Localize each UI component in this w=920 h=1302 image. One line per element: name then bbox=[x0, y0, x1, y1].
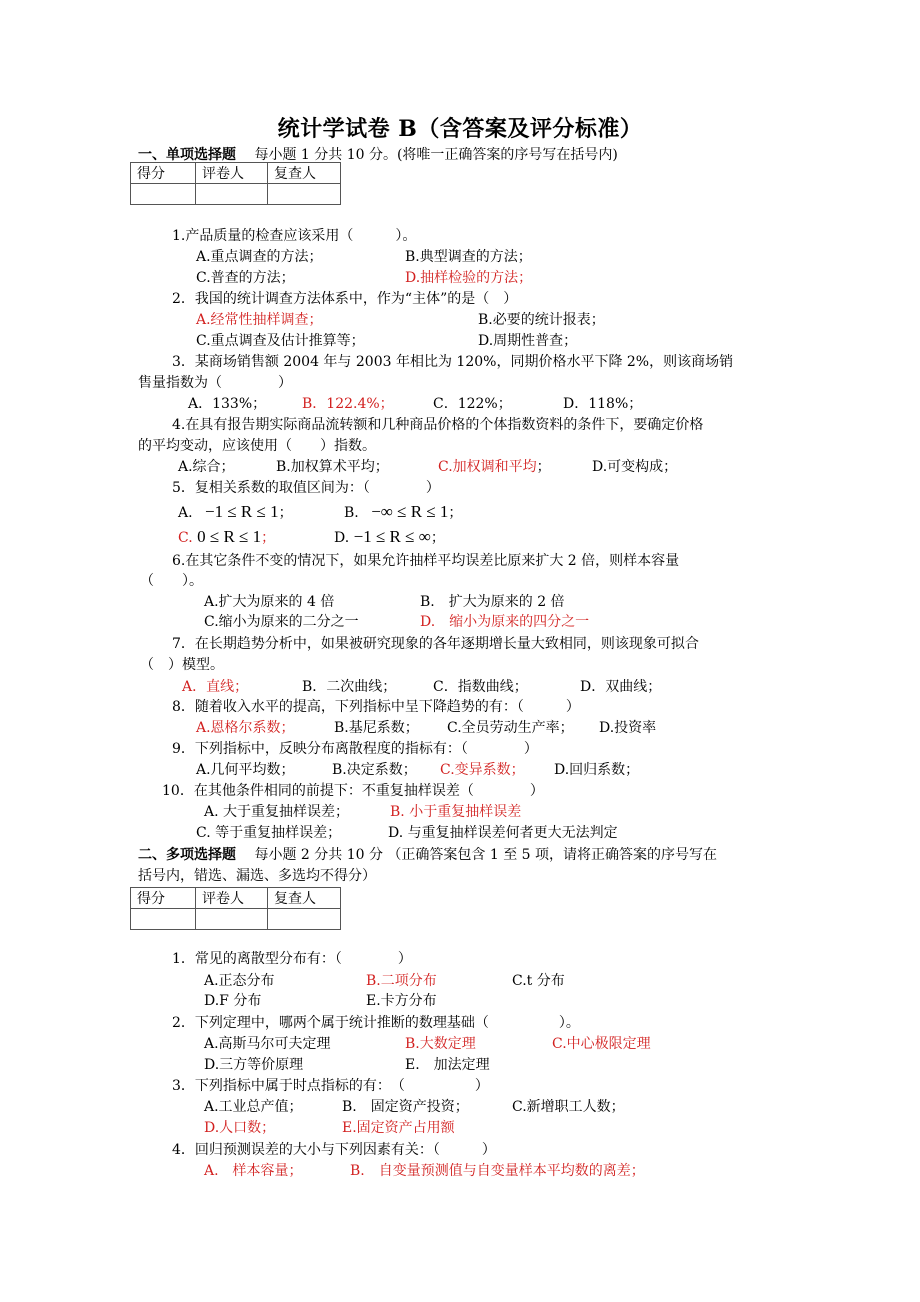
s1-q2-option-d: D.周期性普查； bbox=[478, 332, 577, 350]
s1-q4-option-d: D.可变构成； bbox=[592, 458, 677, 476]
s1-q8-stem: 8．随着收入水平的提高，下列指标中呈下降趋势的有：（ ） bbox=[172, 698, 580, 716]
s1-q1-option-a: A.重点调查的方法； bbox=[196, 248, 323, 266]
s1-q9-stem: 9．下列指标中，反映分布离散程度的指标有：（ ） bbox=[172, 740, 538, 758]
section1-instructions: 每小题 1 分共 10 分。(将唯一正确答案的序号写在括号内) bbox=[254, 147, 617, 163]
s1-q8-option-a-answer: A.恩格尔系数； bbox=[196, 719, 295, 737]
s1-q6-option-c: C.缩小为原来的二分之一 bbox=[204, 613, 359, 631]
reviewer-cell[interactable] bbox=[268, 909, 341, 930]
score-header: 得分 bbox=[131, 888, 196, 909]
s1-q10-stem: 10．在其他条件相同的前提下：不重复抽样误差（ ） bbox=[162, 782, 544, 800]
s2-q2-option-d: D.三方等价原理 bbox=[204, 1056, 303, 1074]
s2-q2-option-e: E. 加法定理 bbox=[405, 1056, 490, 1074]
s2-q2-stem: 2．下列定理中，哪两个属于统计推断的数理基础（ ）。 bbox=[172, 1014, 580, 1032]
s1-q6-option-d-answer: D. 缩小为原来的四分之一 bbox=[420, 613, 589, 631]
s1-q7-option-b: B．二次曲线； bbox=[302, 678, 396, 696]
s1-q2-stem: 2．我国的统计调查方法体系中，作为“主体”的是（ ） bbox=[172, 290, 517, 308]
s1-q1-option-b: B.典型调查的方法； bbox=[405, 248, 532, 266]
reviewer-header: 复查人 bbox=[268, 163, 341, 184]
s1-q3-option-a: A．133%； bbox=[188, 395, 266, 413]
section2-instructions-cont: 括号内，错选、漏选、多选均不得分） bbox=[138, 867, 376, 885]
s1-q7-option-a-answer: A．直线； bbox=[182, 678, 248, 696]
s1-q2-option-c: C.重点调查及估计推算等； bbox=[196, 332, 365, 350]
s2-q1-option-c: C.t 分布 bbox=[512, 972, 565, 990]
section2-header: 二、多项选择题 每小题 2 分共 10 分 （正确答案包含 1 至 5 项，请将… bbox=[138, 846, 717, 864]
s1-q2-option-b: B.必要的统计报表； bbox=[478, 311, 605, 329]
grader-header: 评卷人 bbox=[196, 888, 268, 909]
s1-q5-stem: 5．复相关系数的取值区间为：（ ） bbox=[172, 479, 440, 497]
score-cell[interactable] bbox=[131, 909, 196, 930]
s1-q3-stem: 3．某商场销售额 2004 年与 2003 年相比为 120%，同期价格水平下降… bbox=[172, 353, 733, 371]
s2-q2-option-a: A.高斯马尔可夫定理 bbox=[204, 1035, 331, 1053]
s1-q6-stem: 6.在其它条件不变的情况下，如果允许抽样平均误差比原来扩大 2 倍，则样本容量 bbox=[172, 552, 679, 570]
s1-q6-option-a: A.扩大为原来的 4 倍 bbox=[204, 593, 334, 611]
grader-header: 评卷人 bbox=[196, 163, 268, 184]
s2-q4-option-a-answer: A. 样本容量； bbox=[204, 1162, 303, 1180]
s1-q1-option-c: C.普查的方法； bbox=[196, 269, 295, 287]
section1-heading: 一、单项选择题 bbox=[138, 147, 236, 163]
s1-q5-option-d: D. −1 ≤ R ≤ ∞； bbox=[334, 528, 445, 547]
reviewer-header: 复查人 bbox=[268, 888, 341, 909]
s1-q7-option-d: D．双曲线； bbox=[580, 678, 661, 696]
s1-q10-option-a: A. 大于重复抽样误差； bbox=[204, 803, 349, 821]
s1-q4-option-b: B.加权算术平均； bbox=[276, 458, 389, 476]
exam-page: 统计学试卷 B（含答案及评分标准） 一、单项选择题 每小题 1 分共 10 分。… bbox=[0, 0, 920, 1302]
s1-q7-stem: 7．在长期趋势分析中，如果被研究现象的各年逐期增长量大致相同，则该现象可拟合 bbox=[172, 635, 699, 653]
s2-q1-option-d: D.F 分布 bbox=[204, 992, 261, 1010]
s2-q3-option-b: B. 固定资产投资； bbox=[342, 1098, 469, 1116]
s2-q2-option-b-answer: B.大数定理 bbox=[405, 1035, 476, 1053]
s1-q3-option-c: C．122%； bbox=[433, 395, 512, 413]
s1-q8-option-d: D.投资率 bbox=[599, 719, 656, 737]
s2-q1-option-a: A.正态分布 bbox=[204, 972, 275, 990]
s2-q4-stem: 4．回归预测误差的大小与下列因素有关：（ ） bbox=[172, 1141, 496, 1159]
s2-q3-option-e-answer: E.固定资产占用额 bbox=[342, 1119, 455, 1137]
s1-q4-option-c-answer: C.加权调和平均； bbox=[438, 458, 551, 476]
s2-q2-option-c-answer: C.中心极限定理 bbox=[552, 1035, 651, 1053]
s2-q3-option-d-answer: D.人口数； bbox=[204, 1119, 275, 1137]
s2-q3-stem: 3．下列指标中属于时点指标的有： （ ） bbox=[172, 1077, 489, 1095]
document-title: 统计学试卷 B（含答案及评分标准） bbox=[0, 112, 920, 143]
s1-q3-option-d: D．118%； bbox=[563, 395, 642, 413]
s2-q4-option-b-answer: B. 自变量预测值与自变量样本平均数的离差； bbox=[350, 1162, 645, 1180]
s1-q2-option-a-answer: A.经常性抽样调查； bbox=[196, 311, 323, 329]
grader-cell[interactable] bbox=[196, 184, 268, 205]
reviewer-cell[interactable] bbox=[268, 184, 341, 205]
s1-q5-option-b: B. −∞ ≤ R ≤ 1； bbox=[344, 503, 462, 522]
s1-q7-stem-cont: （ ）模型。 bbox=[140, 656, 224, 674]
s1-q3-option-b-answer: B．122.4%； bbox=[302, 395, 394, 413]
s1-q1-option-d-answer: D.抽样检验的方法； bbox=[405, 269, 532, 287]
s1-q5-option-a: A. −1 ≤ R ≤ 1； bbox=[178, 503, 293, 522]
s1-q9-option-d: D.回归系数； bbox=[554, 761, 639, 779]
s1-q10-option-d: D. 与重复抽样误差何者更大无法判定 bbox=[388, 824, 618, 842]
s1-q10-option-b-answer: B. 小于重复抽样误差 bbox=[390, 803, 521, 821]
section2-score-table: 得分 评卷人 复查人 bbox=[130, 887, 341, 930]
s1-q9-option-a: A.几何平均数； bbox=[196, 761, 295, 779]
s2-q1-option-b-answer: B.二项分布 bbox=[366, 972, 437, 990]
s1-q8-option-c: C.全员劳动生产率； bbox=[447, 719, 574, 737]
s1-q7-option-c: C．指数曲线； bbox=[433, 678, 528, 696]
s2-q3-option-a: A.工业总产值； bbox=[204, 1098, 303, 1116]
s1-q6-option-b: B. 扩大为原来的 2 倍 bbox=[420, 593, 565, 611]
s1-q8-option-b: B.基尼系数； bbox=[334, 719, 419, 737]
s1-q10-option-c: C. 等于重复抽样误差； bbox=[196, 824, 341, 842]
section2-heading: 二、多项选择题 bbox=[138, 847, 236, 863]
s1-q6-stem-cont: （ ）。 bbox=[140, 572, 203, 590]
s2-q3-option-c: C.新增职工人数； bbox=[512, 1098, 625, 1116]
s2-q1-option-e: E.卡方分布 bbox=[366, 992, 437, 1010]
s1-q9-option-b: B.决定系数； bbox=[332, 761, 417, 779]
s1-q9-option-c-answer: C.变异系数； bbox=[440, 761, 525, 779]
grader-cell[interactable] bbox=[196, 909, 268, 930]
s1-q1-stem: 1.产品质量的检查应该采用（ ）。 bbox=[172, 227, 416, 245]
section1-score-table: 得分 评卷人 复查人 bbox=[130, 162, 341, 205]
score-header: 得分 bbox=[131, 163, 196, 184]
s1-q3-stem-cont: 售量指数为（ ） bbox=[138, 374, 292, 392]
s1-q5-option-c-answer: C. 0 ≤ R ≤ 1； bbox=[178, 528, 275, 547]
s1-q4-stem: 4.在具有报告期实际商品流转额和几种商品价格的个体指数资料的条件下，要确定价格 bbox=[172, 416, 703, 434]
s2-q1-stem: 1．常见的离散型分布有：（ ） bbox=[172, 950, 412, 968]
s1-q4-stem-cont: 的平均变动，应该使用（ ）指数。 bbox=[138, 437, 376, 455]
score-cell[interactable] bbox=[131, 184, 196, 205]
s1-q4-option-a: A.综合； bbox=[178, 458, 235, 476]
section2-instructions: 每小题 2 分共 10 分 （正确答案包含 1 至 5 项，请将正确答案的序号写… bbox=[254, 847, 717, 863]
